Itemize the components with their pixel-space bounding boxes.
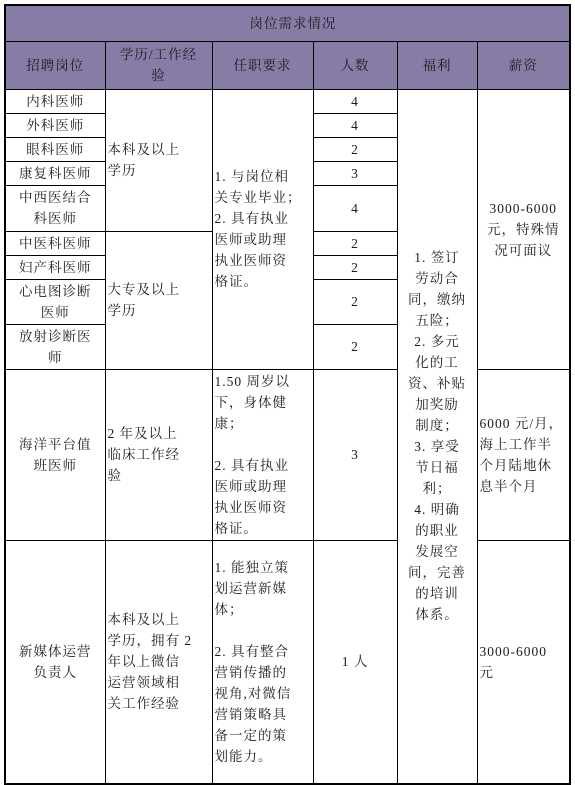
column-header-benefits: 福利 <box>397 41 477 89</box>
salary-cell: 6000 元/月， 海上工作半 个月陆地休 息半个月 <box>477 369 570 540</box>
salary-cell: 3000-6000 元 <box>477 540 570 784</box>
position-cell: 内科医师 <box>5 89 105 113</box>
requirements-cell: 1. 能独立策 划运营新媒 体； 2. 具有整合 营销传播的 视角,对微信 营销… <box>212 540 313 784</box>
column-header-education: 学历/工作经 验 <box>105 41 212 89</box>
document-page: 岗位需求情况 招聘岗位 学历/工作经 验 任职要求 人数 福利 薪资 内科医师 … <box>0 0 575 762</box>
education-cell-college: 大专及以上 学历 <box>105 231 212 369</box>
position-cell: 妇产科医师 <box>5 255 105 279</box>
position-cell: 新媒体运营 负责人 <box>5 540 105 784</box>
position-cell: 康复科医师 <box>5 161 105 185</box>
position-cell: 外科医师 <box>5 113 105 137</box>
table-row-new-media-manager: 新媒体运营 负责人 本科及以上 学历，拥有 2 年以上微信 运营领域相 关工作经… <box>5 540 570 784</box>
position-cell: 海洋平台值 班医师 <box>5 369 105 540</box>
position-cell: 中西医结合 科医师 <box>5 185 105 231</box>
job-requirements-table: 岗位需求情况 招聘岗位 学历/工作经 验 任职要求 人数 福利 薪资 内科医师 … <box>4 4 571 785</box>
requirements-cell-doctors: 1. 与岗位相 关专业毕业； 2. 具有执业 医师或助理 执业医师资 格证。 <box>212 89 313 369</box>
count-cell: 4 <box>313 113 397 137</box>
requirements-cell: 1.50 周岁以 下，身体健 康； 2. 具有执业 医师或助理 执业医师资 格证… <box>212 369 313 540</box>
count-cell: 2 <box>313 137 397 161</box>
education-cell-bachelor: 本科及以上 学历 <box>105 89 212 231</box>
column-header-position: 招聘岗位 <box>5 41 105 89</box>
count-cell: 2 <box>313 231 397 255</box>
benefits-cell: 1. 签订 劳动合 同，缴纳 五险； 2. 多元 化的工 资、补贴 加奖励 制度… <box>397 89 477 784</box>
position-cell: 中医科医师 <box>5 231 105 255</box>
count-cell: 3 <box>313 161 397 185</box>
table-row: 内科医师 本科及以上 学历 1. 与岗位相 关专业毕业； 2. 具有执业 医师或… <box>5 89 570 113</box>
count-cell: 2 <box>313 255 397 279</box>
position-cell: 放射诊断医 师 <box>5 324 105 369</box>
education-cell: 本科及以上 学历，拥有 2 年以上微信 运营领域相 关工作经验 <box>105 540 212 784</box>
count-cell: 4 <box>313 185 397 231</box>
count-cell: 4 <box>313 89 397 113</box>
column-header-requirements: 任职要求 <box>212 41 313 89</box>
count-cell: 2 <box>313 279 397 324</box>
table-title-row: 岗位需求情况 <box>5 5 570 41</box>
column-header-salary: 薪资 <box>477 41 570 89</box>
table-header-row: 招聘岗位 学历/工作经 验 任职要求 人数 福利 薪资 <box>5 41 570 89</box>
count-cell: 3 <box>313 369 397 540</box>
position-cell: 眼科医师 <box>5 137 105 161</box>
position-cell: 心电图诊断 医师 <box>5 279 105 324</box>
count-cell: 1 人 <box>313 540 397 784</box>
table-row-offshore-doctor: 海洋平台值 班医师 2 年及以上 临床工作经 验 1.50 周岁以 下，身体健 … <box>5 369 570 540</box>
column-header-count: 人数 <box>313 41 397 89</box>
education-cell: 2 年及以上 临床工作经 验 <box>105 369 212 540</box>
table-title: 岗位需求情况 <box>5 5 570 41</box>
salary-cell-doctors: 3000-6000 元，特殊情 况可面议 <box>477 89 570 369</box>
count-cell: 2 <box>313 324 397 369</box>
